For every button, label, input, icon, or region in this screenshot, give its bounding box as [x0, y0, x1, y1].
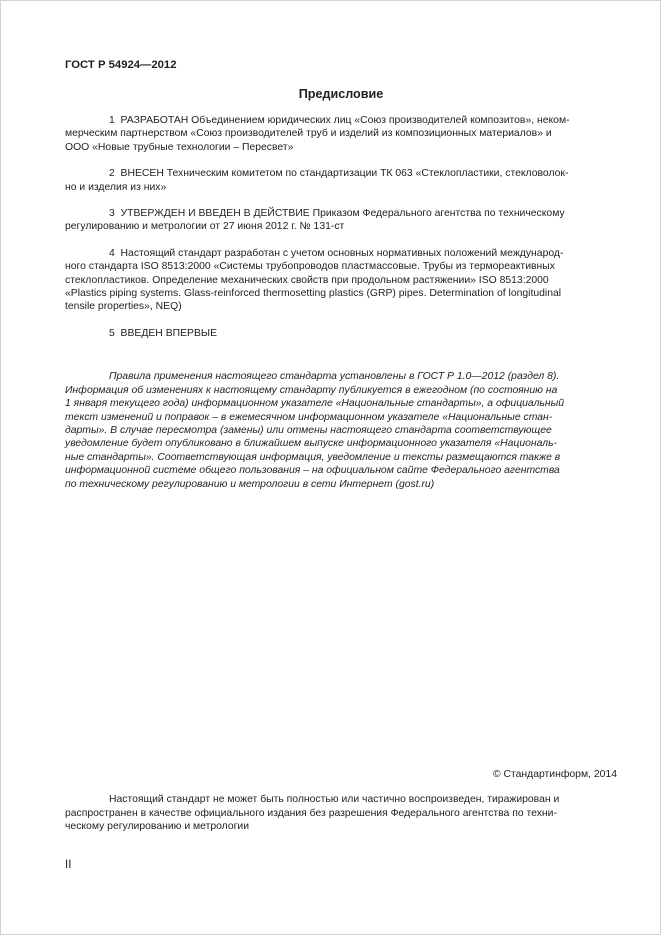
foreword-item-1: 1 РАЗРАБОТАН Объединением юридических ли… [65, 114, 617, 154]
foreword-item-5: 5 ВВЕДЕН ВПЕРВЫЕ [65, 327, 617, 340]
page-number: II [65, 859, 617, 872]
foreword-item-4: 4 Настоящий стандарт разработан с учетом… [65, 247, 617, 314]
foreword-item-3: 3 УТВЕРЖДЕН И ВВЕДЕН В ДЕЙСТВИЕ Приказом… [65, 207, 617, 234]
section-title: Предисловие [65, 87, 617, 102]
foreword-item-2: 2 ВНЕСЕН Техническим комитетом по станда… [65, 167, 617, 194]
copyright-notice: © Стандартинформ, 2014 [65, 768, 617, 781]
reproduction-notice: Настоящий стандарт не может быть полност… [65, 793, 617, 833]
text-column: ГОСТ Р 54924—2012 Предисловие 1 РАЗРАБОТ… [65, 59, 617, 872]
application-rules-note: Правила применения настоящего стандарта … [65, 370, 617, 491]
document-page: ГОСТ Р 54924—2012 Предисловие 1 РАЗРАБОТ… [0, 0, 661, 935]
document-code: ГОСТ Р 54924—2012 [65, 59, 617, 72]
